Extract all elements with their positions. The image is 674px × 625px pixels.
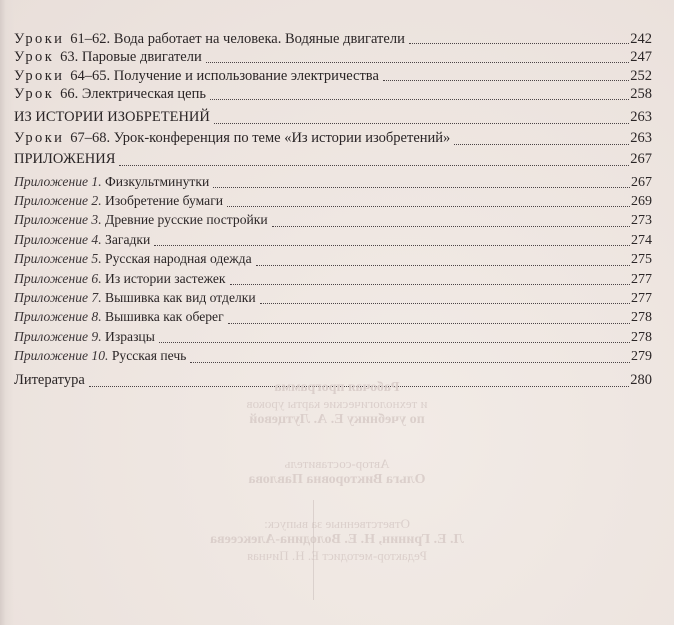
appendix-page: 274 bbox=[631, 232, 652, 250]
appendix-title: Вышивка как оберег bbox=[105, 308, 224, 326]
appendix-label: Приложение 1. bbox=[14, 173, 102, 191]
dot-leader bbox=[190, 352, 630, 363]
dot-leader bbox=[154, 235, 630, 246]
dot-leader bbox=[206, 52, 630, 63]
appendix-label: Приложение 9. bbox=[14, 328, 102, 346]
appendix-label: Приложение 8. bbox=[14, 308, 102, 326]
entry-prefix: Уроки bbox=[14, 67, 64, 85]
entry-page: 258 bbox=[630, 85, 652, 103]
toc-appendix-entry: Приложение 9. Изразцы 278 bbox=[14, 328, 652, 347]
appendix-page: 277 bbox=[631, 290, 652, 308]
bleed-line: Ответственные за выпуск: bbox=[0, 516, 674, 532]
dot-leader bbox=[454, 134, 629, 145]
appendix-label: Приложение 10. bbox=[14, 347, 108, 365]
entry-title: 61–62. Вода работает на человека. Водяны… bbox=[70, 30, 405, 48]
appendix-title: Изобретение бумаги bbox=[105, 192, 223, 210]
toc-appendix-entry: Приложение 2. Изобретение бумаги 269 bbox=[14, 192, 652, 211]
bleed-line: Редактор-методист Е. Н. Пичная bbox=[0, 548, 674, 564]
dot-leader bbox=[260, 293, 630, 304]
appendix-label: Приложение 7. bbox=[14, 289, 102, 307]
dot-leader bbox=[227, 196, 630, 207]
entry-prefix: Уроки bbox=[14, 30, 64, 48]
dot-leader bbox=[214, 113, 629, 124]
toc-entry: Урок 63. Паровые двигатели 247 bbox=[14, 48, 652, 66]
bleed-line: по учебнику Е. А. Лутцевой bbox=[0, 412, 674, 428]
appendix-page: 277 bbox=[631, 271, 652, 289]
bleed-line: Рабочая программа bbox=[0, 380, 674, 396]
appendix-title: Из истории застежек bbox=[105, 270, 225, 288]
toc-entry: Уроки 67–68. Урок-конференция по теме «И… bbox=[14, 128, 652, 149]
toc-appendix-entry: Приложение 8. Вышивка как оберег 278 bbox=[14, 308, 652, 327]
bleed-line: Ольга Викторовна Павлова bbox=[0, 472, 674, 488]
appendix-label: Приложение 3. bbox=[14, 211, 102, 229]
section-title: ИЗ ИСТОРИИ ИЗОБРЕТЕНИЙ bbox=[14, 107, 210, 128]
bleed-line: и технологические карты уроков bbox=[0, 396, 674, 412]
page-crease bbox=[313, 500, 314, 600]
appendix-title: Древние русские постройки bbox=[105, 211, 268, 229]
bleed-through-text: Рабочая программа и технологические карт… bbox=[0, 380, 674, 564]
bleed-line: Автор-составитель bbox=[0, 456, 674, 472]
toc-appendix-entry: Приложение 3. Древние русские постройки … bbox=[14, 211, 652, 230]
toc-entry: Урок 66. Электрическая цепь 258 bbox=[14, 85, 652, 103]
section-title: ПРИЛОЖЕНИЯ bbox=[14, 149, 115, 170]
dot-leader bbox=[210, 89, 629, 100]
section-page: 267 bbox=[630, 149, 652, 170]
dot-leader bbox=[159, 332, 630, 343]
bleed-line: Л. Е. Гринин, Н. Е. Володина-Алексеева bbox=[0, 532, 674, 548]
appendix-page: 267 bbox=[631, 174, 652, 192]
appendix-page: 279 bbox=[631, 348, 652, 366]
dot-leader bbox=[383, 70, 629, 81]
entry-prefix: Урок bbox=[14, 48, 54, 66]
toc-section-heading: ИЗ ИСТОРИИ ИЗОБРЕТЕНИЙ 263 bbox=[14, 107, 652, 128]
entry-page: 242 bbox=[630, 30, 652, 48]
entry-prefix: Урок bbox=[14, 85, 54, 103]
toc-appendix-entry: Приложение 10. Русская печь 279 bbox=[14, 347, 652, 366]
appendix-page: 278 bbox=[631, 329, 652, 347]
appendix-title: Загадки bbox=[105, 231, 150, 249]
dot-leader bbox=[119, 155, 629, 166]
appendix-page: 275 bbox=[631, 251, 652, 269]
entry-page: 252 bbox=[630, 67, 652, 85]
table-of-contents: Уроки 61–62. Вода работает на человека. … bbox=[14, 30, 652, 391]
appendix-page: 273 bbox=[631, 212, 652, 230]
appendix-label: Приложение 5. bbox=[14, 250, 102, 268]
dot-leader bbox=[213, 177, 630, 188]
entry-page: 247 bbox=[630, 48, 652, 66]
appendix-title: Физкультминутки bbox=[105, 173, 209, 191]
appendix-page: 269 bbox=[631, 193, 652, 211]
toc-appendix-entry: Приложение 7. Вышивка как вид отделки 27… bbox=[14, 289, 652, 308]
appendix-title: Русская народная одежда bbox=[105, 250, 252, 268]
dot-leader bbox=[272, 216, 630, 227]
section-page: 263 bbox=[630, 107, 652, 128]
entry-title: 67–68. Урок-конференция по теме «Из исто… bbox=[70, 128, 450, 149]
entry-title: 64–65. Получение и использование электри… bbox=[70, 67, 379, 85]
appendix-title: Русская печь bbox=[112, 347, 187, 365]
dot-leader bbox=[228, 313, 630, 324]
entry-title: 63. Паровые двигатели bbox=[60, 48, 202, 66]
appendix-title: Вышивка как вид отделки bbox=[105, 289, 256, 307]
toc-appendix-entry: Приложение 1. Физкультминутки 267 bbox=[14, 173, 652, 192]
toc-appendix-entry: Приложение 4. Загадки 274 bbox=[14, 231, 652, 250]
appendix-label: Приложение 6. bbox=[14, 270, 102, 288]
appendix-label: Приложение 4. bbox=[14, 231, 102, 249]
appendix-title: Изразцы bbox=[105, 328, 155, 346]
entry-title: 66. Электрическая цепь bbox=[60, 85, 206, 103]
entry-page: 263 bbox=[630, 128, 652, 149]
entry-prefix: Уроки bbox=[14, 128, 64, 149]
toc-appendix-entry: Приложение 6. Из истории застежек 277 bbox=[14, 270, 652, 289]
dot-leader bbox=[230, 274, 630, 285]
appendix-page: 278 bbox=[631, 309, 652, 327]
appendix-label: Приложение 2. bbox=[14, 192, 102, 210]
toc-section-heading: ПРИЛОЖЕНИЯ 267 bbox=[14, 149, 652, 170]
dot-leader bbox=[409, 33, 629, 44]
toc-entry: Уроки 61–62. Вода работает на человека. … bbox=[14, 30, 652, 48]
toc-appendix-entry: Приложение 5. Русская народная одежда 27… bbox=[14, 250, 652, 269]
toc-entry: Уроки 64–65. Получение и использование э… bbox=[14, 67, 652, 85]
dot-leader bbox=[256, 255, 630, 266]
